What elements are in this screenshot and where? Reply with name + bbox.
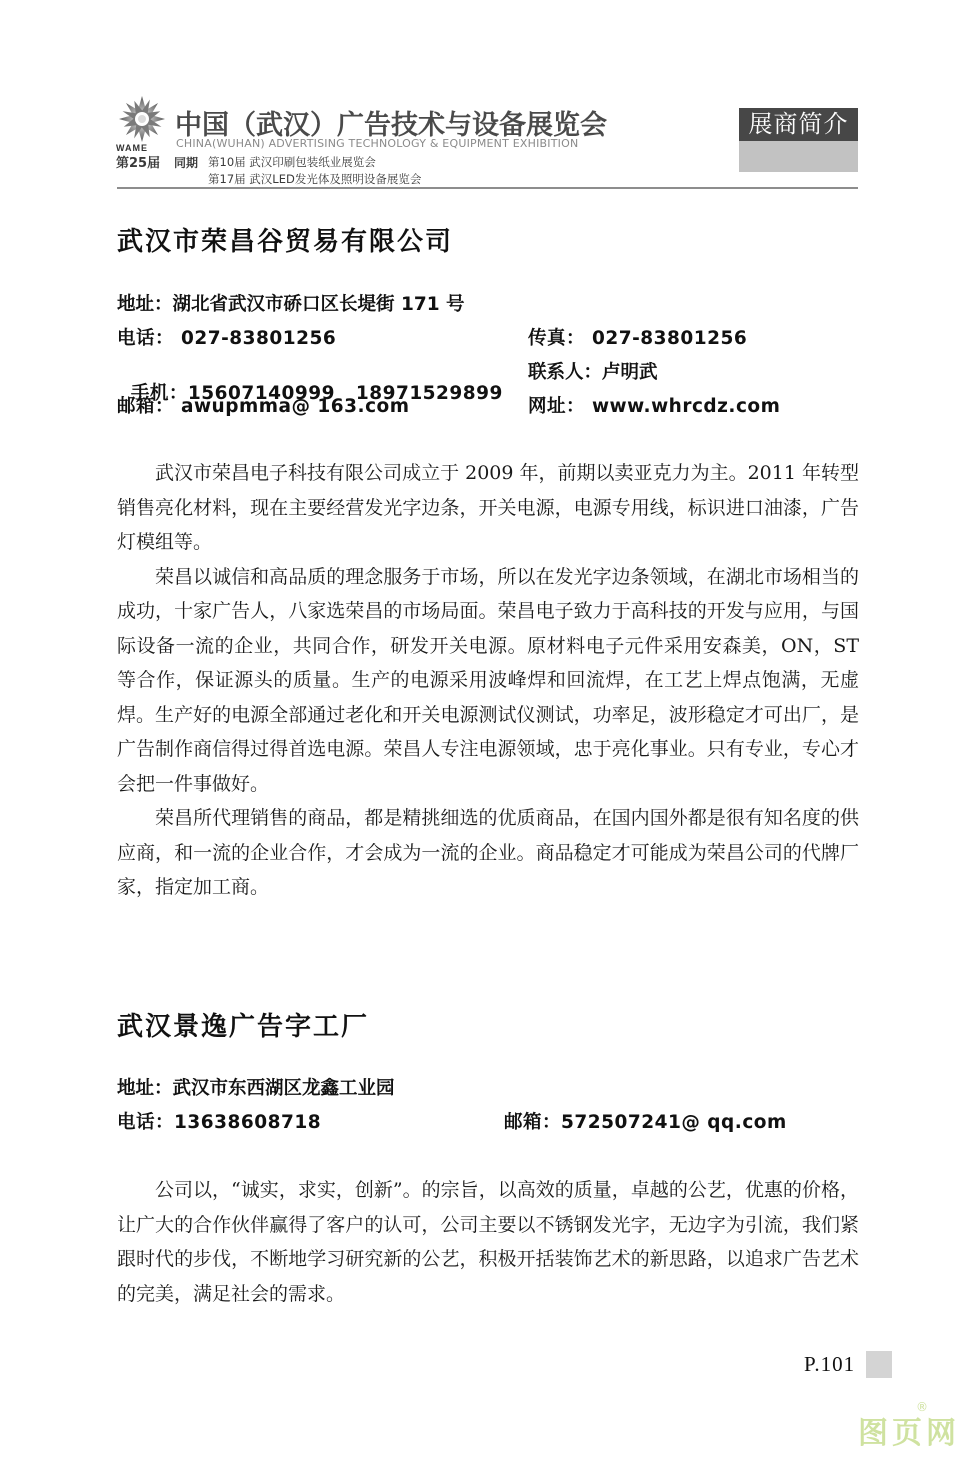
concurrent-label: 同期 [174,154,198,171]
company-phone: 电话：13638608718 [117,1108,321,1134]
company-phone: 电话： 027-83801256 [117,324,336,350]
section-tab: 展商简介 [739,108,858,172]
contact-value: 卢明武 [602,362,658,383]
email-label: 邮箱： [504,1112,561,1133]
fax-label: 传真： [528,328,585,349]
page-number: P.101 [804,1352,855,1377]
company-name: 武汉景逸广告字工厂 [117,1006,369,1043]
company-fax: 传真： 027-83801256 [528,324,747,350]
exhibition-title-en: CHINA(WUHAN) ADVERTISING TECHNOLOGY & EQ… [176,137,578,150]
website-link[interactable]: www.whrcdz.com [585,396,780,417]
company-description: 公司以，“诚实，求实，创新”。的宗旨，以高效的质量，卓越的公艺，优惠的价格，让广… [117,1173,859,1311]
phone-value: 027-83801256 [174,328,336,349]
description-paragraph: 荣昌以诚信和高品质的理念服务于市场，所以在发光字边条领域，在湖北市场相当的成功，… [117,560,859,802]
company-contact: 联系人：卢明武 [528,358,658,384]
section-tab-bar [739,141,858,172]
address-label: 地址： [117,1078,173,1099]
description-paragraph: 武汉市荣昌电子科技有限公司成立于 2009 年，前期以卖亚克力为主。2011 年… [117,456,859,560]
company-website: 网址： www.whrcdz.com [528,392,780,418]
address-label: 地址： [117,294,173,315]
concurrent-event: 第17届 武汉LED发光体及照明设备展览会 [208,171,421,187]
company-address: 地址：湖北省武汉市硚口区长堤街 171 号 [117,290,465,316]
description-paragraph: 公司以，“诚实，求实，创新”。的宗旨，以高效的质量，卓越的公艺，优惠的价格，让广… [117,1173,859,1311]
company-address: 地址：武汉市东西湖区龙鑫工业园 [117,1074,395,1100]
page-number-marker [866,1351,892,1378]
phone-label: 电话： [117,1112,174,1133]
email-value[interactable]: 572507241@ qq.com [561,1112,787,1133]
header-divider [117,187,858,189]
watermark-logo: 图页网 [858,1408,960,1452]
phone-label: 电话： [117,328,174,349]
edition-label: 第25届 [116,152,160,171]
company-name: 武汉市荣昌谷贸易有限公司 [117,221,453,258]
phone-value: 13638608718 [174,1112,321,1133]
website-label: 网址： [528,396,585,417]
company-email: 邮箱：572507241@ qq.com [504,1108,787,1134]
company-description: 武汉市荣昌电子科技有限公司成立于 2009 年，前期以卖亚克力为主。2011 年… [117,456,859,905]
email-value[interactable]: awupmma@ 163.com [174,396,410,417]
fax-value: 027-83801256 [585,328,747,349]
email-label: 邮箱： [117,396,174,417]
section-tab-label: 展商简介 [739,108,858,141]
address-value: 武汉市东西湖区龙鑫工业园 [173,1078,395,1099]
registered-mark-icon: ® [916,1400,928,1414]
concurrent-event: 第10届 武汉印刷包装纸业展览会 [208,154,376,170]
address-value: 湖北省武汉市硚口区长堤街 171 号 [173,294,465,315]
sunburst-logo-icon [112,96,172,142]
description-paragraph: 荣昌所代理销售的商品，都是精挑细选的优质商品，在国内国外都是很有知名度的供应商，… [117,801,859,905]
company-email: 邮箱： awupmma@ 163.com [117,392,410,418]
contact-label: 联系人： [528,362,602,383]
